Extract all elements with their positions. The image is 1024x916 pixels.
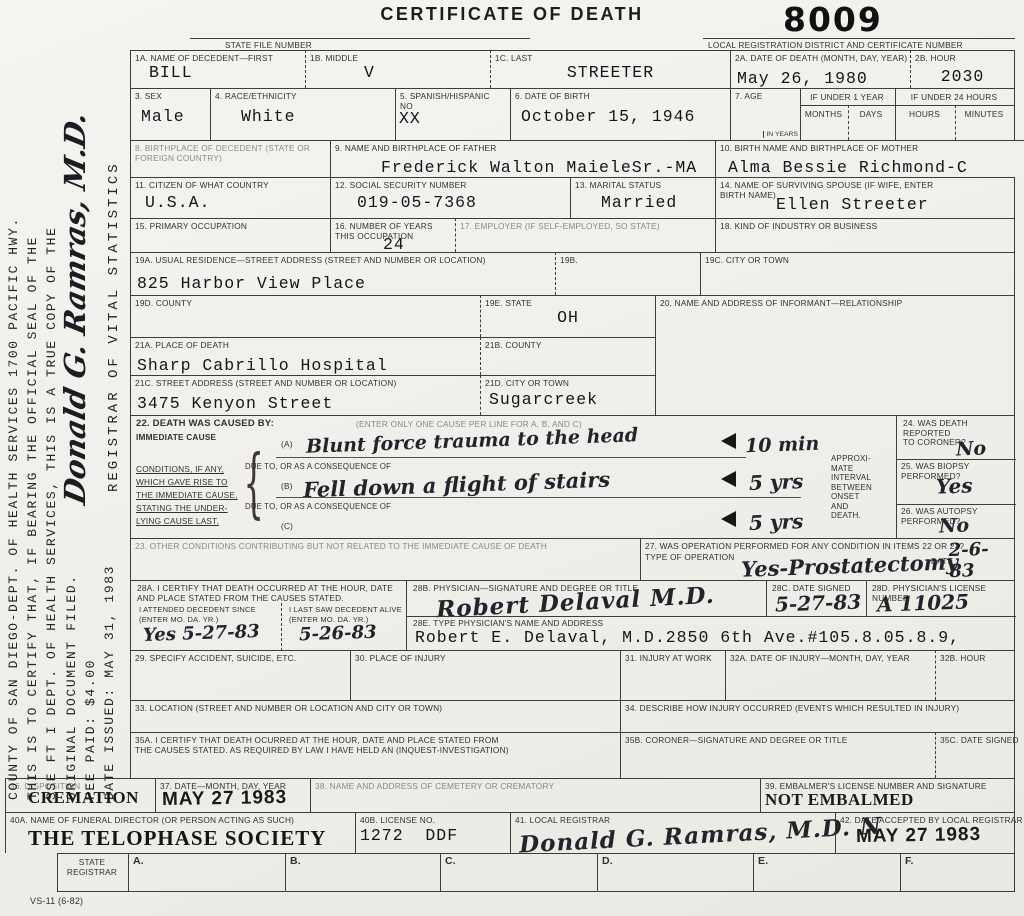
field-40a-funeral-director: 40A. NAME OF FUNERAL DIRECTOR (OR PERSON…: [5, 812, 355, 853]
field-33-location: 33. LOCATION (STREET AND NUMBER OR LOCAT…: [130, 700, 620, 732]
field-21c-street-address: 21C. STREET ADDRESS (STREET AND NUMBER O…: [130, 375, 480, 415]
field-40a-funeral-director-value: THE TELOPHASE SOCIETY: [28, 826, 326, 851]
field-41-local-registrar: 41. LOCAL REGISTRARDonald G. Ramras, M.D…: [510, 812, 835, 853]
margin-original-line: ORIGINAL DOCUMENT FILED.: [64, 574, 79, 800]
field-39-embalmer-value: NOT EMBALMED: [765, 790, 914, 810]
field-40b-license-no: 40B. LICENSE NO.1272 DDF: [355, 812, 510, 853]
field-13-marital-status-label: 13. MARITAL STATUS: [571, 178, 715, 191]
field-7-age-sublabel: IN YEARS: [763, 131, 798, 138]
field-1c-last-label: 1C. LAST: [491, 51, 730, 64]
section-28-physician-certification: 28A. I CERTIFY THAT DEATH OCCURRED AT TH…: [130, 580, 1015, 650]
field-21c-street-address-label: 21C. STREET ADDRESS (STREET AND NUMBER O…: [131, 376, 480, 389]
field-17-employer-label: 17. EMPLOYER (IF SELF-EMPLOYED, SO STATE…: [456, 219, 715, 232]
operation-type-label: TYPE OF OPERATION: [645, 553, 734, 563]
field-21b-county: 21B. COUNTY: [480, 337, 655, 375]
field-6-date-of-birth: 6. DATE OF BIRTHOctober 15, 1946: [510, 88, 730, 140]
divider: [896, 459, 1016, 460]
age-under-1-year-header-label: IF UNDER 1 YEAR: [801, 89, 895, 103]
age-months-label: MONTHS: [801, 106, 848, 120]
registrar-col-c-label: C.: [441, 854, 597, 867]
registrar-col-a: A.: [128, 853, 285, 892]
field-5-spanish-hispanic-label: 5. SPANISH/HISPANICNO: [396, 89, 510, 111]
field-23-other-conditions-label: 23. OTHER CONDITIONS CONTRIBUTING BUT NO…: [131, 539, 640, 552]
field-21b-county-label: 21B. COUNTY: [481, 338, 655, 351]
field-9-father-name-birthplace-value: Frederick Walton MaieleSr.-MA: [381, 158, 697, 177]
age-hours-label: HOURS: [896, 106, 955, 120]
margin-county-line: COUNTY OF SAN DIEGO-DEPT. OF HEALTH SERV…: [6, 217, 21, 800]
field-42-date-accepted: 42. DATE ACCEPTED BY LOCAL REGISTRARMAY …: [835, 812, 1015, 853]
death-certificate-document: CERTIFICATE OF DEATH 8009 STATE FILE NUM…: [0, 0, 1024, 916]
form-number: VS-11 (6-82): [30, 897, 83, 907]
age-hours: HOURS: [895, 105, 955, 140]
age-under-24-hours-header: IF UNDER 24 HOURS: [895, 88, 1015, 105]
conditions-label: CONDITIONS, IF ANY, WHICH GAVE RISE TO T…: [136, 463, 238, 528]
field-39-embalmer: 39. EMBALMER'S LICENSE NUMBER AND SIGNAT…: [760, 778, 1015, 812]
field-1a-first-name: 1A. NAME OF DECEDENT—FIRSTBILL: [130, 50, 305, 88]
field-35c-date-signed: 35C. DATE SIGNED: [935, 732, 1015, 778]
divider: [866, 581, 867, 616]
field-14-surviving-spouse-value: Ellen Streeter: [776, 195, 929, 214]
field-1b-middle-label: 1B. MIDDLE: [306, 51, 490, 64]
due-to-label-1: DUE TO, OR AS A CONSEQUENCE OF: [245, 462, 391, 472]
immediate-cause-label: IMMEDIATE CAUSE: [136, 433, 216, 443]
field-19a-usual-residence: 19A. USUAL RESIDENCE—STREET ADDRESS (STR…: [130, 252, 555, 295]
field-10-mother-name-birthplace-label: 10. BIRTH NAME AND BIRTHPLACE OF MOTHER: [716, 141, 1024, 154]
registrar-col-d: D.: [597, 853, 753, 892]
field-21d-city-or-town-label: 21D. CITY OR TOWN: [481, 376, 655, 389]
field-4-race-ethnicity-value: White: [241, 107, 296, 126]
field-4-race-ethnicity: 4. RACE/ETHNICITYWhite: [210, 88, 395, 140]
field-17-employer: 17. EMPLOYER (IF SELF-EMPLOYED, SO STATE…: [455, 218, 715, 252]
divider: [703, 38, 1015, 39]
attended-since-value: Yes 5-27-83: [143, 621, 260, 646]
field-1c-last-value: STREETER: [491, 63, 730, 82]
field-6-date-of-birth-label: 6. DATE OF BIRTH: [511, 89, 730, 102]
q25-value: Yes: [936, 473, 973, 498]
field-3-sex: 3. SEXMale: [130, 88, 210, 140]
field-31-injury-at-work: 31. INJURY AT WORK: [620, 650, 725, 700]
field-21d-city-or-town-value: Sugarcreek: [489, 390, 598, 409]
margin-dept-line: SSE FT I DEPT. OF HEALTH SERVICES, THIS …: [44, 227, 59, 800]
field-5-spanish-hispanic-value: XX: [399, 109, 421, 128]
field-34-how-injury-occurred: 34. DESCRIBE HOW INJURY OCCURRED (EVENTS…: [620, 700, 1015, 732]
certificate-number-stamp: 8009: [783, 0, 883, 39]
age-minutes-label: MINUTES: [956, 106, 1014, 120]
interval-arrow-icon: [721, 471, 736, 487]
q24-value: No: [956, 437, 987, 460]
field-35c-date-signed-label: 35C. DATE SIGNED: [936, 733, 1014, 746]
field-40a-funeral-director-label: 40A. NAME OF FUNERAL DIRECTOR (OR PERSON…: [6, 813, 355, 826]
field-16-years-occupation: 16. NUMBER OF YEARSTHIS OCCUPATION24: [330, 218, 455, 252]
field-19e-state: 19E. STATEOH: [480, 295, 655, 337]
age-under-24-hours-header-label: IF UNDER 24 HOURS: [896, 89, 1014, 103]
last-saw-alive-label: I LAST SAW DECEDENT ALIVE (ENTER MO. DA.…: [289, 605, 402, 624]
field-36-disposition-value: CREMATION: [28, 788, 139, 808]
field-33-location-label: 33. LOCATION (STREET AND NUMBER OR LOCAT…: [131, 701, 620, 714]
field-20-informant: 20. NAME AND ADDRESS OF INFORMANT—RELATI…: [655, 295, 1015, 415]
field-13-marital-status-value: Married: [601, 193, 677, 212]
field-19e-state-value: OH: [481, 308, 655, 327]
field-11-citizen-country-value: U.S.A.: [145, 193, 210, 212]
field-38-cemetery-or-crematory: 38. NAME AND ADDRESS OF CEMETERY OR CREM…: [310, 778, 760, 812]
field-31-injury-at-work-label: 31. INJURY AT WORK: [621, 651, 725, 664]
brace-glyph: {: [244, 440, 264, 527]
field-2a-date-of-death-label: 2A. DATE OF DEATH (MONTH, DAY, YEAR): [731, 51, 910, 64]
operation-date-value: 2-6-83: [948, 538, 1014, 582]
age-days-label: DAYS: [849, 106, 895, 120]
field-21c-street-address-value: 3475 Kenyon Street: [137, 394, 333, 413]
field-40b-license-no-value: 1272 DDF: [360, 826, 458, 845]
field-35a-coroner-certify-label: 35A. I CERTIFY THAT DEATH OCURRED AT THE…: [131, 733, 620, 755]
field-19a-usual-residence-label: 19A. USUAL RESIDENCE—STREET ADDRESS (STR…: [131, 253, 555, 266]
margin-registrar-title: REGISTRAR OF VITAL STATISTICS: [106, 161, 122, 492]
field-7-age-label: 7. AGE: [731, 89, 800, 102]
field-19d-county: 19D. COUNTY: [130, 295, 480, 337]
license-number-value: A 11025: [877, 589, 970, 616]
registrar-col-e-label: E.: [754, 854, 900, 867]
field-36-disposition: 36. DISPOSITIONCREMATION: [5, 778, 155, 812]
field-12-social-security-value: 019-05-7368: [357, 193, 477, 212]
field-11-citizen-country-label: 11. CITIZEN OF WHAT COUNTRY: [131, 178, 330, 191]
field-35b-coroner-signature: 35B. CORONER—SIGNATURE AND DEGREE OR TIT…: [620, 732, 935, 778]
age-under-1-year-header: IF UNDER 1 YEAR: [800, 88, 895, 105]
field-32b-hour-label: 32B. HOUR: [936, 651, 1014, 664]
field-10-mother-name-birthplace-value: Alma Bessie Richmond-C: [728, 158, 968, 177]
registrar-col-c: C.: [440, 853, 597, 892]
field-2b-hour-value: 2030: [911, 67, 1014, 86]
interval-c-value: 5 yrs: [749, 509, 804, 535]
field-15-primary-occupation: 15. PRIMARY OCCUPATION: [130, 218, 330, 252]
field-19c-city-or-town: 19C. CITY OR TOWN: [700, 252, 1015, 295]
age-minutes: MINUTES: [955, 105, 1015, 140]
field-19c-city-or-town-label: 19C. CITY OR TOWN: [701, 253, 1014, 266]
margin-certify-line: THIS IS TO CERTIFY THAT, IF BEARING THE …: [25, 236, 40, 800]
field-20-informant-label: 20. NAME AND ADDRESS OF INFORMANT—RELATI…: [656, 296, 1014, 309]
field-30-place-of-injury: 30. PLACE OF INJURY: [350, 650, 620, 700]
cause-heading: 22. DEATH WAS CAUSED BY:: [136, 419, 274, 429]
divider: [896, 504, 1016, 505]
field-4-race-ethnicity-label: 4. RACE/ETHNICITY: [211, 89, 395, 102]
field-1c-last: 1C. LASTSTREETER: [490, 50, 730, 88]
field-29-specify-accident-label: 29. SPECIFY ACCIDENT, SUICIDE, ETC.: [131, 651, 350, 664]
field-2b-hour-label: 2B. HOUR: [911, 51, 1014, 64]
age-days: DAYS: [848, 105, 895, 140]
cause-b-tag: (B): [281, 482, 293, 492]
field-19a-usual-residence-value: 825 Harbor View Place: [137, 274, 366, 293]
field-32a-date-of-injury-label: 32A. DATE OF INJURY—MONTH, DAY, YEAR: [726, 651, 935, 664]
divider: [190, 38, 530, 39]
field-9-father-name-birthplace-label: 9. NAME AND BIRTHPLACE OF FATHER: [331, 141, 715, 154]
field-32b-hour: 32B. HOUR: [935, 650, 1015, 700]
field-40b-license-no-label: 40B. LICENSE NO.: [356, 813, 510, 826]
field-21a-place-of-death: 21A. PLACE OF DEATHSharp Cabrillo Hospit…: [130, 337, 480, 375]
registrar-col-a-label: A.: [129, 854, 285, 867]
due-to-label-2: DUE TO, OR AS A CONSEQUENCE OF: [245, 502, 391, 512]
field-5-spanish-hispanic: 5. SPANISH/HISPANICNOXX: [395, 88, 510, 140]
registrar-col-d-label: D.: [598, 854, 753, 867]
field-21d-city-or-town: 21D. CITY OR TOWNSugarcreek: [480, 375, 655, 415]
field-19e-state-label: 19E. STATE: [481, 296, 655, 309]
field-19d-county-label: 19D. COUNTY: [131, 296, 480, 309]
field-35a-coroner-certify: 35A. I CERTIFY THAT DEATH OCURRED AT THE…: [130, 732, 620, 778]
field-34-how-injury-occurred-label: 34. DESCRIBE HOW INJURY OCCURRED (EVENTS…: [621, 701, 1014, 714]
field-6-date-of-birth-value: October 15, 1946: [521, 107, 695, 126]
field-8-birthplace-decedent-label: 8. BIRTHPLACE OF DECEDENT (STATE ORFOREI…: [131, 141, 330, 163]
field-13-marital-status: 13. MARITAL STATUSMarried: [570, 177, 715, 218]
field-10-mother-name-birthplace: 10. BIRTH NAME AND BIRTHPLACE OF MOTHERA…: [715, 140, 1024, 177]
certify-28a-label: 28A. I CERTIFY THAT DEATH OCCURRED AT TH…: [137, 584, 393, 603]
age-months: MONTHS: [800, 105, 848, 140]
field-29-specify-accident: 29. SPECIFY ACCIDENT, SUICIDE, ETC.: [130, 650, 350, 700]
q26-value: No: [939, 514, 970, 537]
field-2a-date-of-death: 2A. DATE OF DEATH (MONTH, DAY, YEAR)May …: [730, 50, 910, 88]
divider: [406, 616, 1016, 617]
field-19b-label: 19B.: [556, 253, 700, 266]
field-14-surviving-spouse: 14. NAME OF SURVIVING SPOUSE (IF WIFE, E…: [715, 177, 1015, 218]
interval-a-value: 10 min: [745, 433, 820, 458]
field-35b-coroner-signature-label: 35B. CORONER—SIGNATURE AND DEGREE OR TIT…: [621, 733, 935, 746]
state-registrar-box: STATEREGISTRAR: [57, 853, 128, 892]
date-signed-value: 5-27-83: [775, 590, 862, 617]
field-21a-place-of-death-label: 21A. PLACE OF DEATH: [131, 338, 480, 351]
field-23-other-conditions: 23. OTHER CONDITIONS CONTRIBUTING BUT NO…: [130, 538, 640, 580]
field-11-citizen-country: 11. CITIZEN OF WHAT COUNTRYU.S.A.: [130, 177, 330, 218]
interval-arrow-icon: [721, 433, 736, 449]
margin-registrar-signature: Donald G. Ramras, M.D.: [58, 109, 92, 507]
field-2b-hour: 2B. HOUR2030: [910, 50, 1015, 88]
field-42-date-accepted-label: 42. DATE ACCEPTED BY LOCAL REGISTRAR: [836, 813, 1014, 826]
field-32a-date-of-injury: 32A. DATE OF INJURY—MONTH, DAY, YEAR: [725, 650, 935, 700]
registrar-col-b: B.: [285, 853, 440, 892]
section-22-cause-of-death: 22. DEATH WAS CAUSED BY: (ENTER ONLY ONE…: [130, 415, 1015, 538]
field-1b-middle: 1B. MIDDLEV: [305, 50, 490, 88]
field-15-primary-occupation-label: 15. PRIMARY OCCUPATION: [131, 219, 330, 232]
registrar-col-f-label: F.: [901, 854, 1014, 867]
field-30-place-of-injury-label: 30. PLACE OF INJURY: [351, 651, 620, 664]
field-3-sex-value: Male: [141, 107, 185, 126]
field-2a-date-of-death-value: May 26, 1980: [737, 69, 868, 88]
section-27-operation: 27. WAS OPERATION PERFORMED FOR ANY COND…: [640, 538, 1015, 580]
cause-c-tag: (C): [281, 522, 293, 532]
field-12-social-security: 12. SOCIAL SECURITY NUMBER019-05-7368: [330, 177, 570, 218]
field-12-social-security-label: 12. SOCIAL SECURITY NUMBER: [331, 178, 570, 191]
operation-value: Yes-Prostatectomy: [741, 549, 959, 582]
field-1a-first-name-value: BILL: [149, 63, 193, 82]
last-saw-alive-value: 5-26-83: [299, 622, 377, 646]
field-37-date: 37. DATE—MONTH, DAY, YEARMAY 27 1983: [155, 778, 310, 812]
registrar-col-b-label: B.: [286, 854, 440, 867]
field-19b: 19B.: [555, 252, 700, 295]
field-42-date-accepted-value: MAY 27 1983: [856, 824, 981, 848]
interval-arrow-icon: [721, 511, 736, 527]
interval-b-value: 5 yrs: [749, 469, 804, 495]
field-18-industry: 18. KIND OF INDUSTRY OR BUSINESS: [715, 218, 1015, 252]
margin-date-issued-line: DATE ISSUED: MAY 31, 1983: [102, 565, 117, 800]
field-1b-middle-value: V: [364, 63, 375, 82]
field-7-age: 7. AGEIN YEARS: [730, 88, 800, 140]
physician-name-address-value: Robert E. Delaval, M.D.2850 6th Ave.#105…: [415, 628, 960, 647]
field-21a-place-of-death-value: Sharp Cabrillo Hospital: [137, 356, 388, 375]
field-9-father-name-birthplace: 9. NAME AND BIRTHPLACE OF FATHERFrederic…: [330, 140, 715, 177]
field-1a-first-name-label: 1A. NAME OF DECEDENT—FIRST: [131, 51, 305, 64]
divider: [766, 581, 767, 616]
field-37-date-value: MAY 27 1983: [162, 787, 287, 811]
cause-a-tag: (A): [281, 440, 293, 450]
state-registrar-box-label: STATEREGISTRAR: [58, 854, 128, 877]
divider: [281, 603, 282, 651]
registrar-col-e: E.: [753, 853, 900, 892]
divider: [276, 457, 746, 458]
approximate-interval-label: APPROXI- MATE INTERVAL BETWEEN ONSET AND…: [831, 454, 889, 521]
divider: [276, 497, 801, 498]
field-3-sex-label: 3. SEX: [131, 89, 210, 102]
divider: [896, 416, 897, 539]
field-38-cemetery-or-crematory-label: 38. NAME AND ADDRESS OF CEMETERY OR CREM…: [311, 779, 760, 792]
field-8-birthplace-decedent: 8. BIRTHPLACE OF DECEDENT (STATE ORFOREI…: [130, 140, 330, 177]
registrar-col-f: F.: [900, 853, 1015, 892]
field-18-industry-label: 18. KIND OF INDUSTRY OR BUSINESS: [716, 219, 1014, 232]
